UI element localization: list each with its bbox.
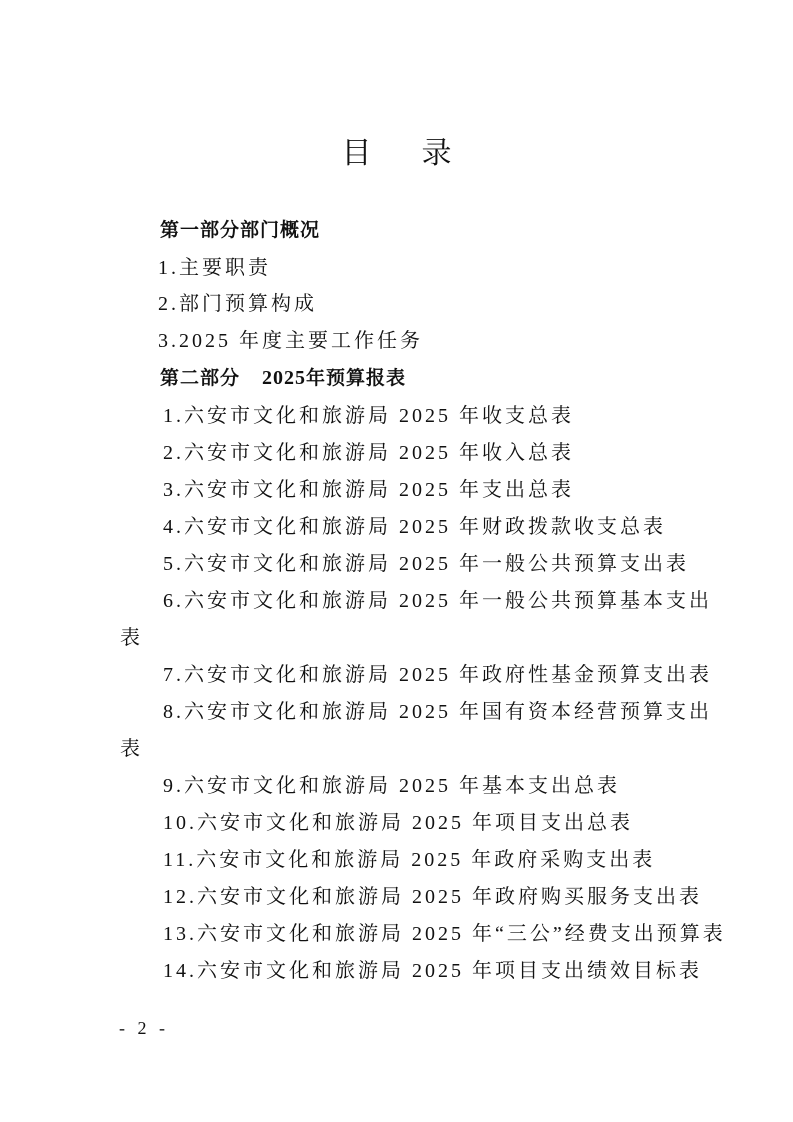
toc-part2-heading[interactable]: 第二部分2025年预算报表 <box>160 366 406 390</box>
page-number: - 2 - <box>119 1018 169 1039</box>
toc-part2-heading-suffix: 年预算报表 <box>306 367 406 389</box>
page-title-left: 目 <box>342 136 372 171</box>
page-title: 目录 <box>0 128 793 172</box>
toc-part2-item-2[interactable]: 2.六安市文化和旅游局 2025 年收入总表 <box>163 441 574 465</box>
toc-part2-item-8[interactable]: 8.六安市文化和旅游局 2025 年国有资本经营预算支出 <box>163 700 712 724</box>
toc-part2-item-10[interactable]: 10.六安市文化和旅游局 2025 年项目支出总表 <box>163 811 633 835</box>
toc-part1-item-3[interactable]: 3.2025 年度主要工作任务 <box>158 329 423 353</box>
toc-part2-heading-prefix: 第二部分 <box>160 367 240 389</box>
toc-part2-item-14[interactable]: 14.六安市文化和旅游局 2025 年项目支出绩效目标表 <box>163 959 702 983</box>
toc-part2-item-13[interactable]: 13.六安市文化和旅游局 2025 年“三公”经费支出预算表 <box>163 922 726 946</box>
toc-part2-item-1[interactable]: 1.六安市文化和旅游局 2025 年收支总表 <box>163 404 574 428</box>
toc-part2-item-11[interactable]: 11.六安市文化和旅游局 2025 年政府采购支出表 <box>163 848 655 872</box>
page-title-right: 录 <box>422 136 452 171</box>
toc-part2-item-4[interactable]: 4.六安市文化和旅游局 2025 年财政拨款收支总表 <box>163 515 666 539</box>
toc-part2-item-6[interactable]: 6.六安市文化和旅游局 2025 年一般公共预算基本支出 <box>163 589 712 613</box>
toc-part1-item-2[interactable]: 2.部门预算构成 <box>158 292 317 316</box>
toc-part2-item-9[interactable]: 9.六安市文化和旅游局 2025 年基本支出总表 <box>163 774 620 798</box>
toc-part2-heading-year: 2025 <box>262 367 306 389</box>
toc-part2-item-6-wrap[interactable]: 表 <box>120 626 143 650</box>
toc-part1-item-1[interactable]: 1.主要职责 <box>158 256 271 280</box>
toc-part2-item-3[interactable]: 3.六安市文化和旅游局 2025 年支出总表 <box>163 478 574 502</box>
toc-part2-item-5[interactable]: 5.六安市文化和旅游局 2025 年一般公共预算支出表 <box>163 552 689 576</box>
toc-part2-item-8-wrap[interactable]: 表 <box>120 737 143 761</box>
toc-part2-item-12[interactable]: 12.六安市文化和旅游局 2025 年政府购买服务支出表 <box>163 885 702 909</box>
toc-part2-item-7[interactable]: 7.六安市文化和旅游局 2025 年政府性基金预算支出表 <box>163 663 712 687</box>
toc-part1-heading[interactable]: 第一部分部门概况 <box>160 218 320 242</box>
